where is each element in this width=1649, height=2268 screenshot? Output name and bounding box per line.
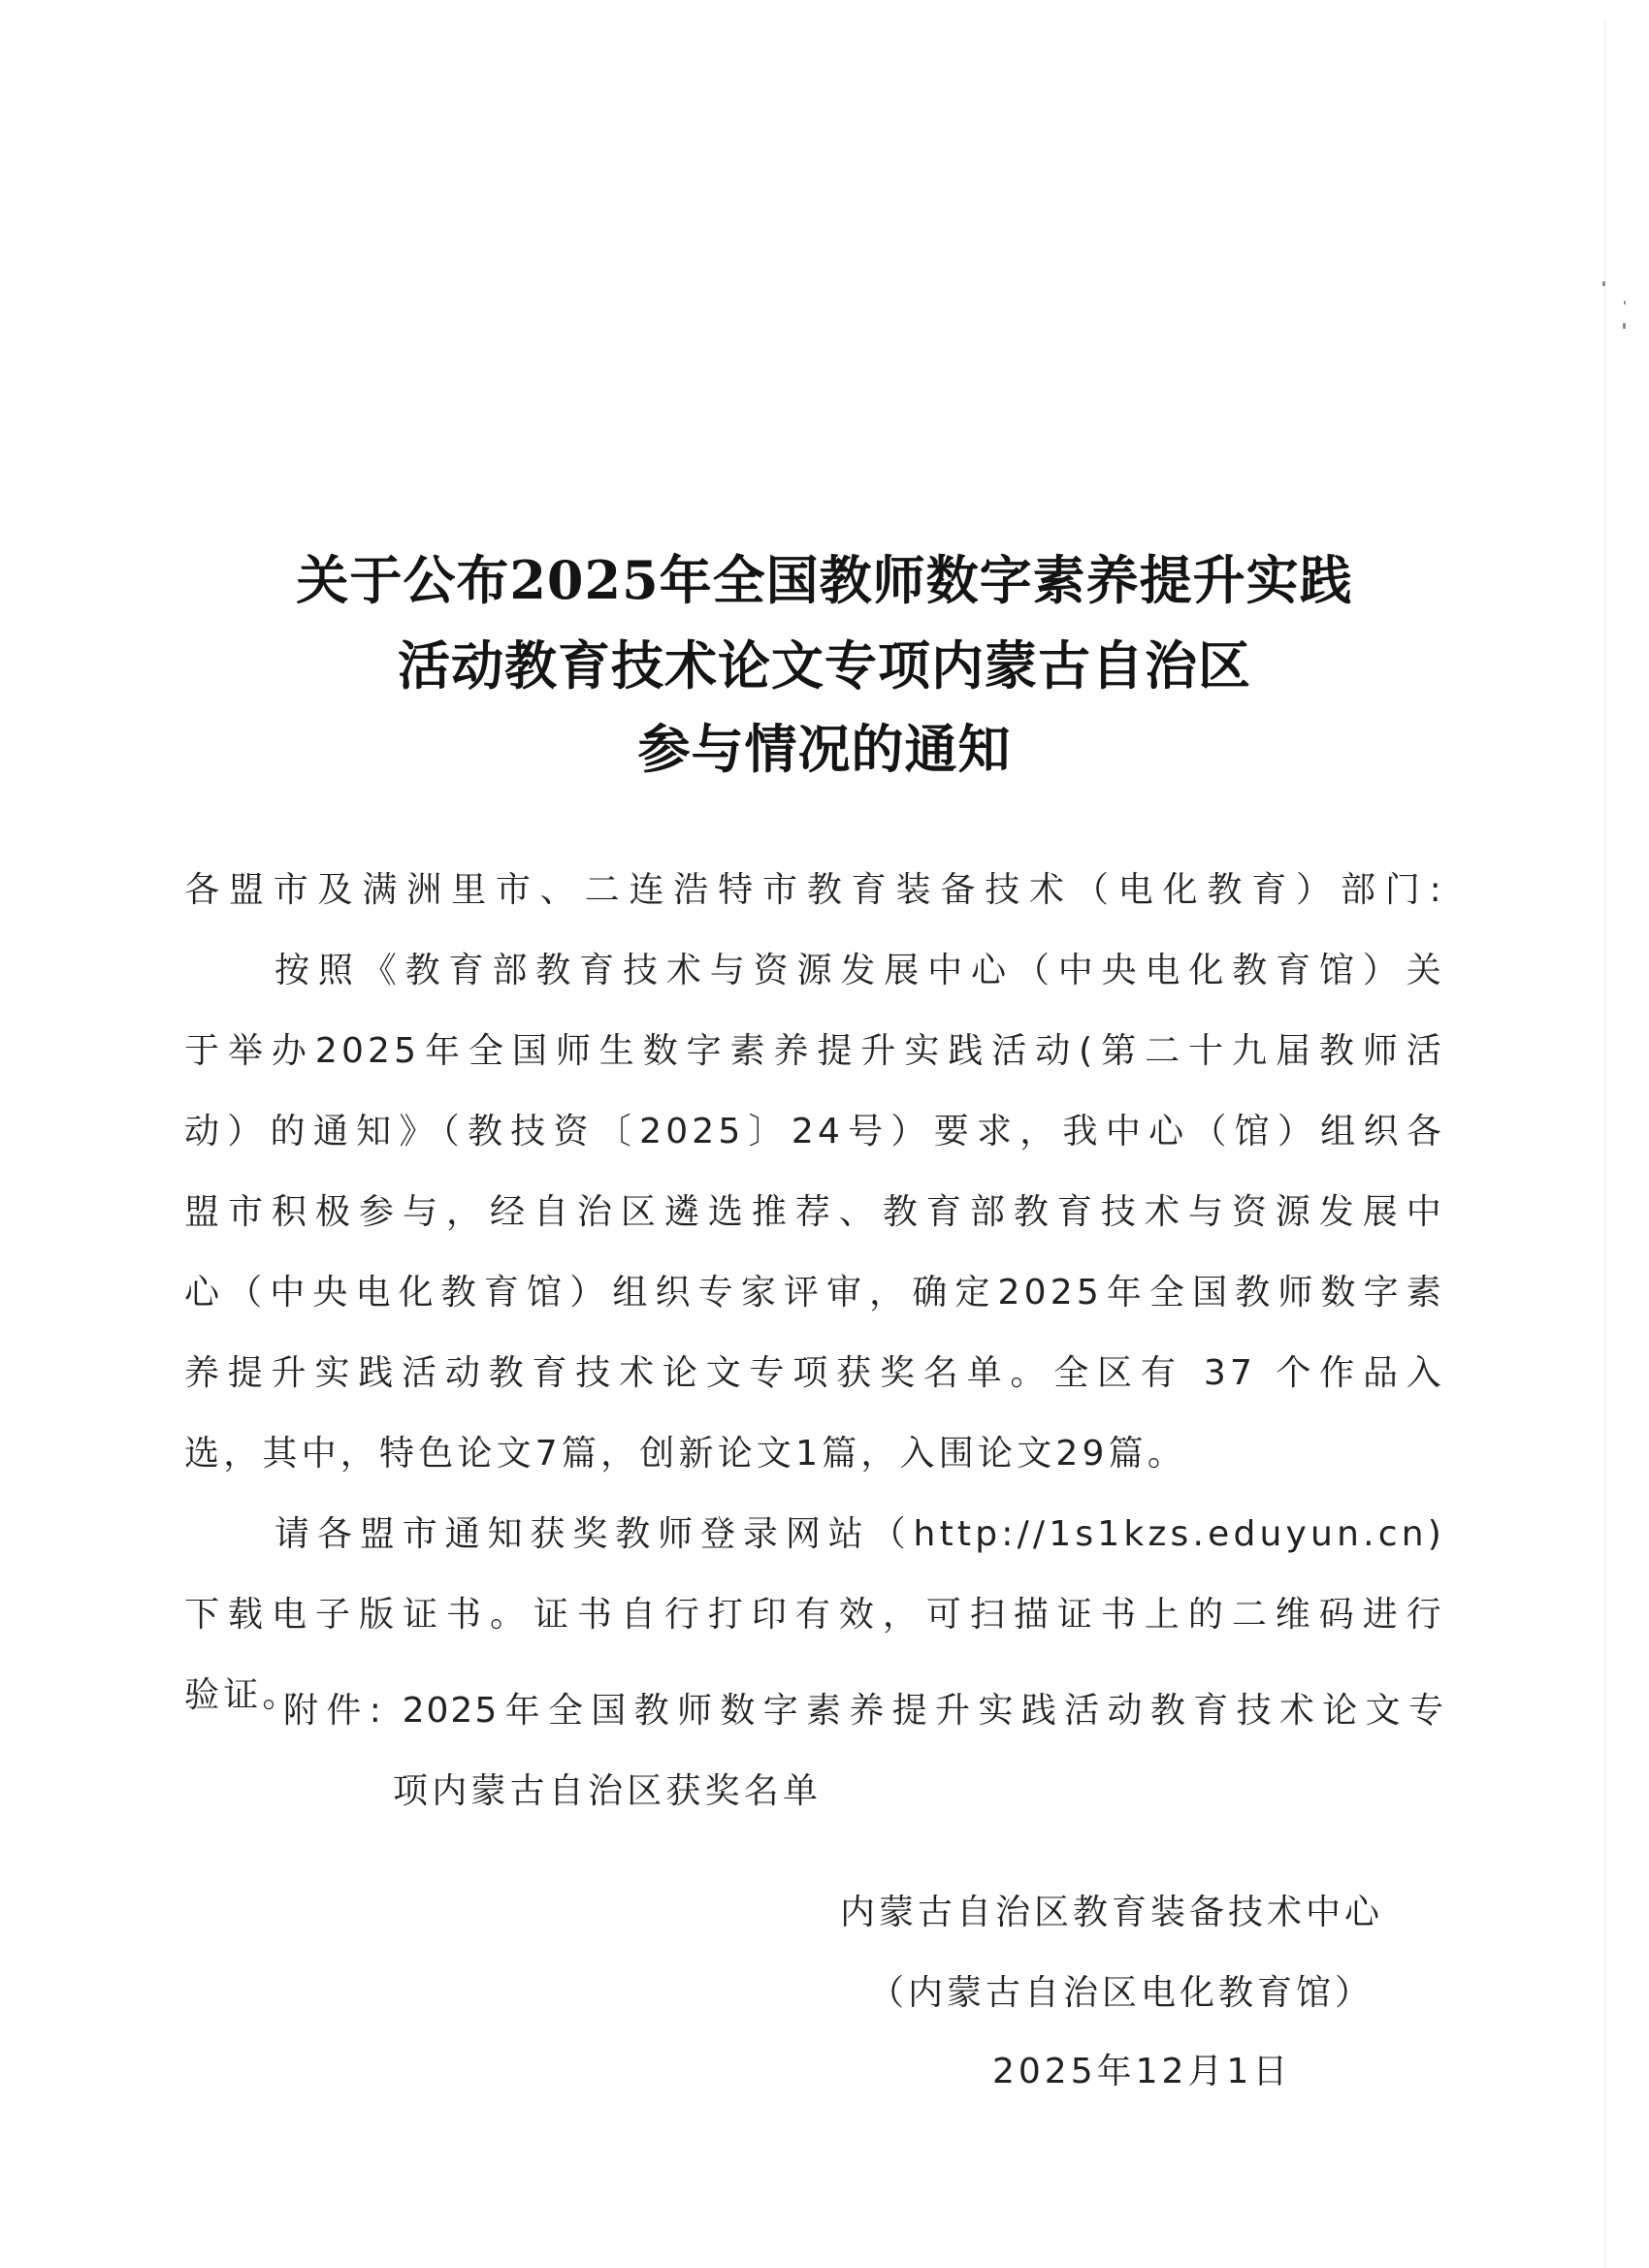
- title-line-3: 参与情况的通知: [0, 718, 1649, 780]
- scan-artifact-line: [1604, 19, 1605, 2268]
- attachment-line-2: 项内蒙古自治区获奖名单: [393, 1768, 1072, 1815]
- attachment-line-1: 附件: 2025年全国教师数字素养提升实践活动教育技术论文专: [283, 1688, 1445, 1734]
- title-line-1: 关于公布2025年全国教师数字素养提升实践: [0, 549, 1649, 611]
- paragraph-line: 盟市积极参与，经自治区遴选推荐、教育部教育技术与资源发展中: [184, 1189, 1445, 1236]
- paragraph-line: 按照《教育部教育技术与资源发展中心（中央电化教育馆）关: [275, 948, 1445, 994]
- title-line-2: 活动教育技术论文专项内蒙古自治区: [0, 634, 1649, 697]
- paragraph-line-with-url: 请各盟市通知获奖教师登录网站（http://1s1kzs.eduyun.cn): [275, 1511, 1445, 1558]
- issuer-alt-name: （内蒙古自治区电化教育馆）: [869, 1970, 1374, 2017]
- issuer-name: 内蒙古自治区教育装备技术中心: [840, 1890, 1383, 1936]
- paragraph-line: 选，其中，特色论文7篇，创新论文1篇，入围论文29篇。: [184, 1431, 1445, 1477]
- paragraph-line: 于举办2025年全国师生数字素养提升实践活动(第二十九届教师活: [184, 1028, 1445, 1075]
- paragraph-line: 养提升实践活动教育技术论文专项获奖名单。全区有 37 个作品入: [184, 1350, 1445, 1397]
- paragraph-line: 心（中央电化教育馆）组织专家评审，确定2025年全国教师数字素: [184, 1270, 1445, 1316]
- salutation: 各盟市及满洲里市、二连浩特市教育装备技术（电化教育）部门:: [184, 867, 1445, 914]
- scan-speck: [1624, 301, 1626, 305]
- scan-speck: [1602, 281, 1605, 286]
- scan-speck: [1623, 323, 1626, 329]
- paragraph-line: 下载电子版证书。证书自行打印有效，可扫描证书上的二维码进行: [184, 1592, 1445, 1638]
- issue-date: 2025年12月1日: [992, 2049, 1291, 2095]
- paragraph-line: 动）的通知》（教技资〔2025〕24号）要求，我中心（馆）组织各: [184, 1109, 1445, 1155]
